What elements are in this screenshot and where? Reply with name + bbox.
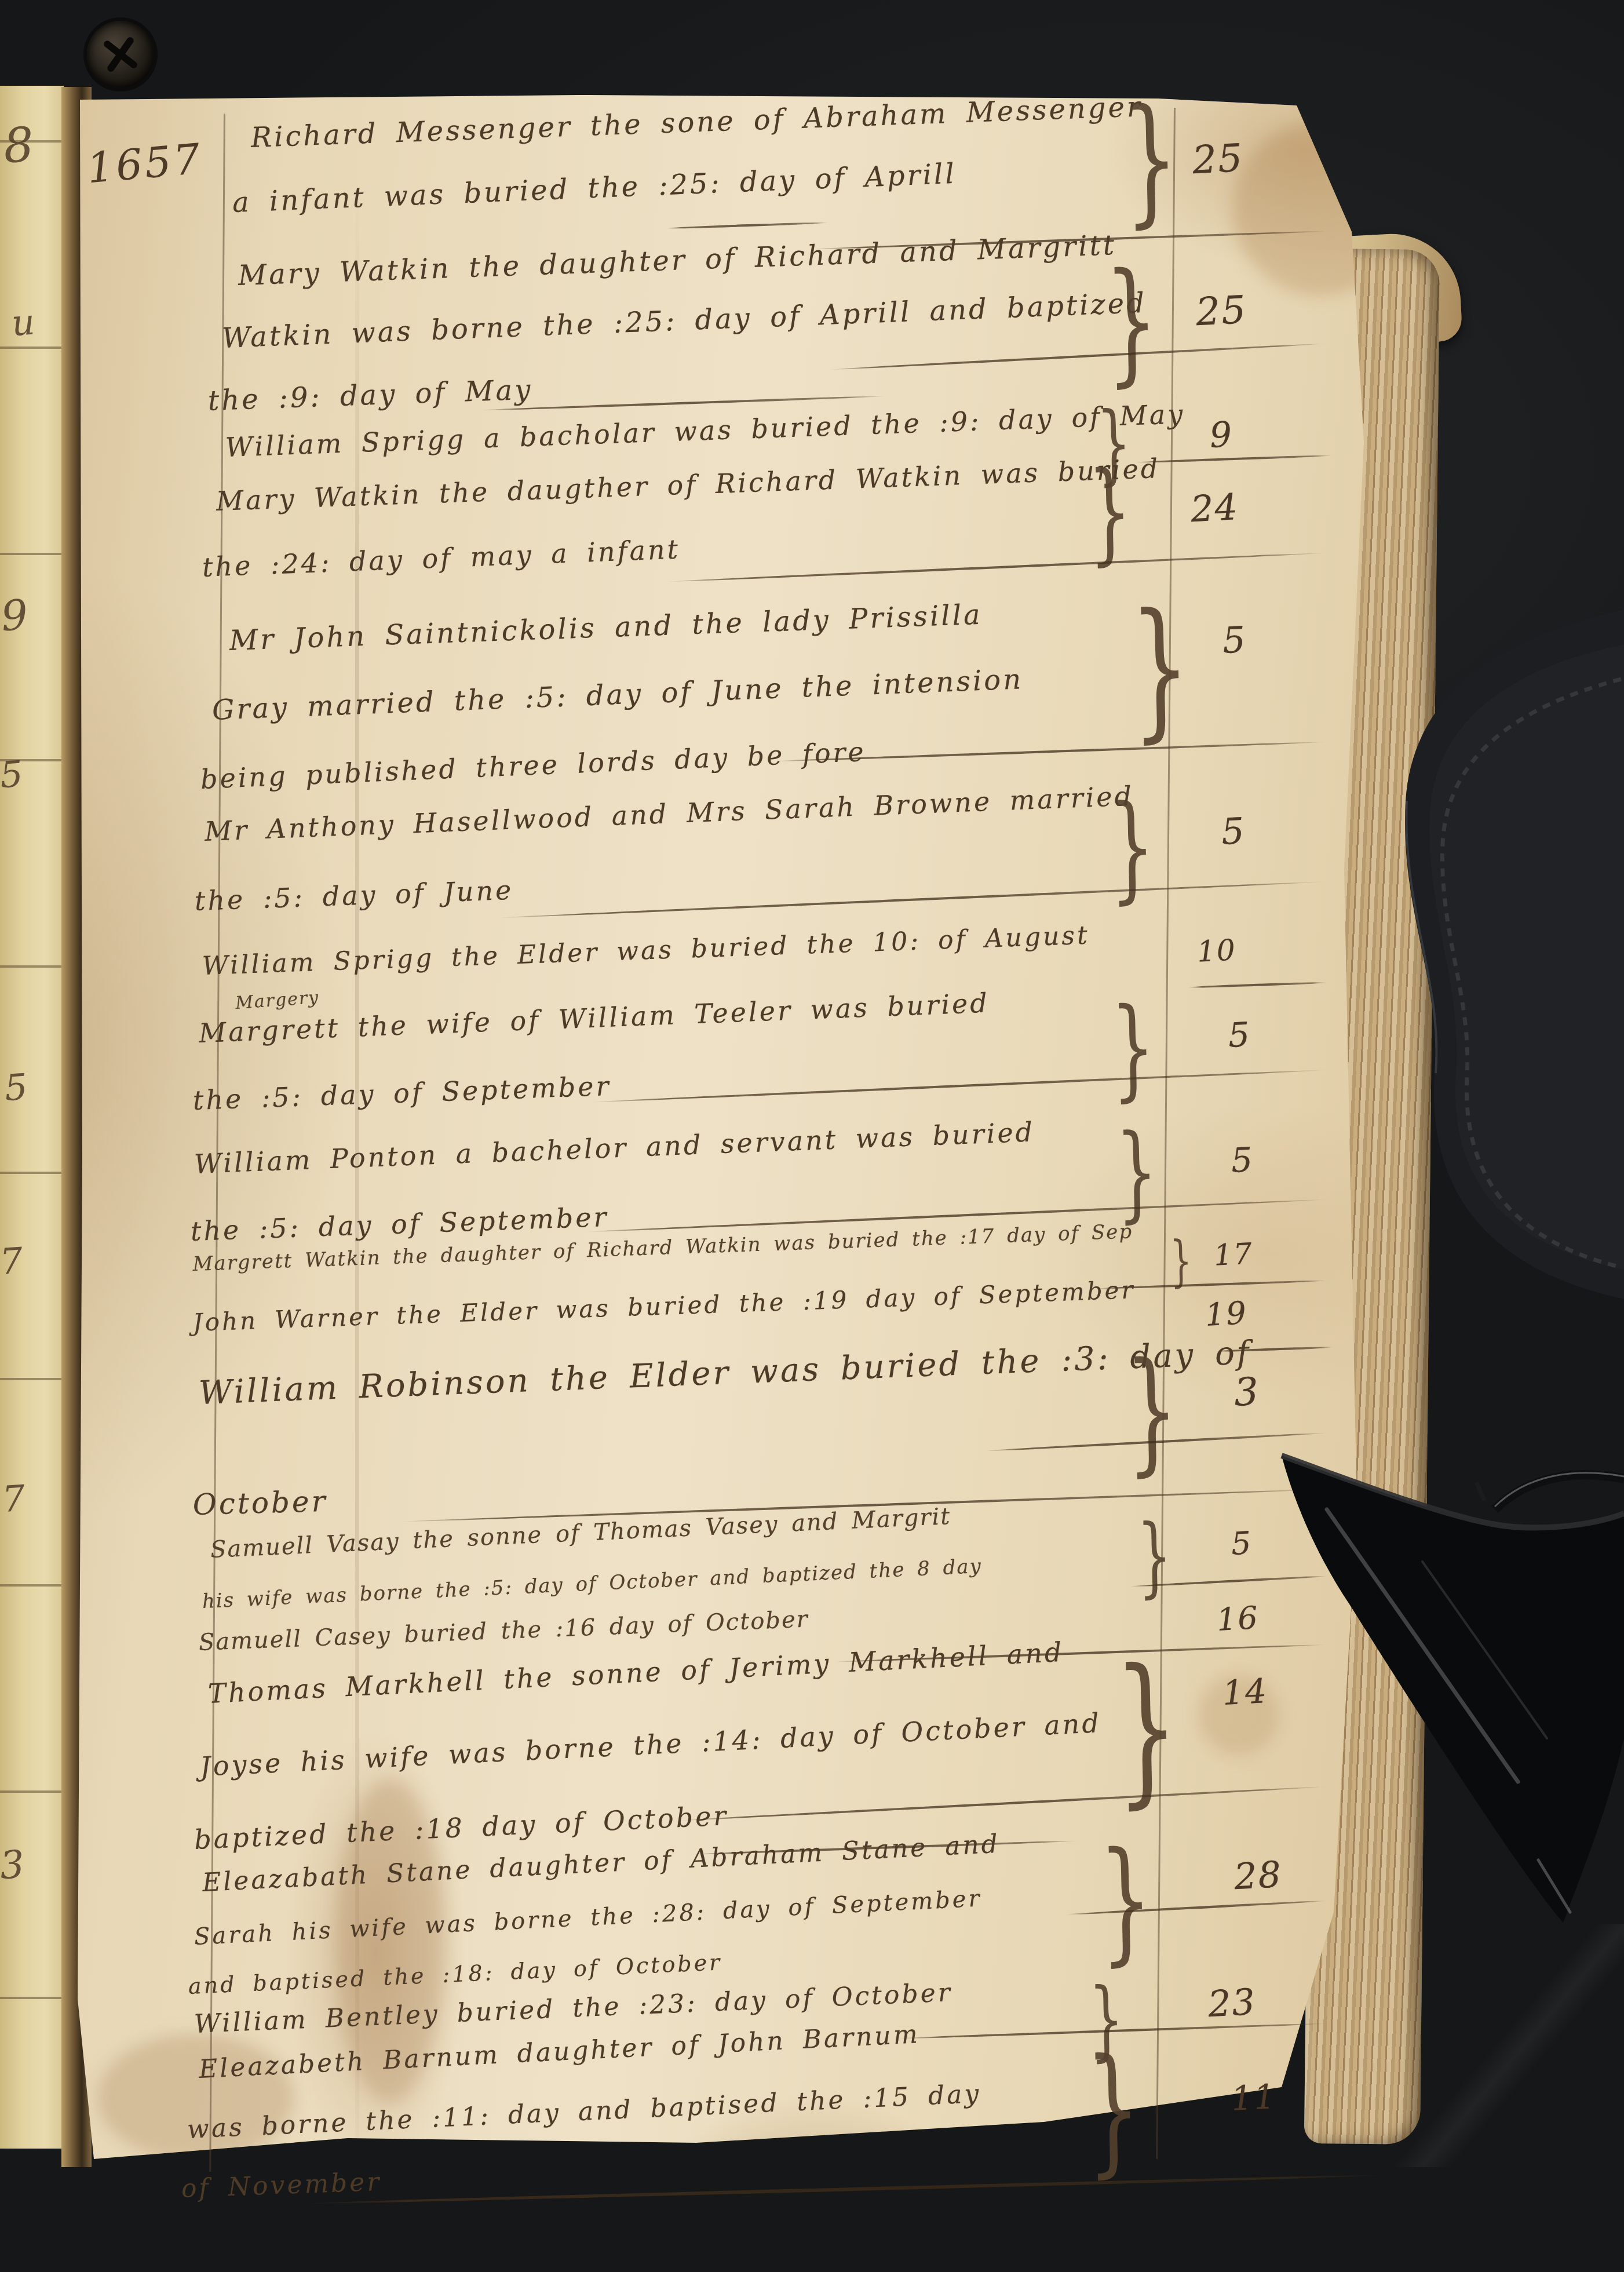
ink-brace: } [1125,1352,1180,1472]
photo-of-parish-register: 8 u 9 5 5 7 7 3 1657 Richard Messenger t… [0,0,1624,2272]
left-page-margin-number: 7 [0,1239,24,1283]
left-page-margin-number: u [10,301,37,345]
ink-brace: } [1087,462,1133,561]
day-number: 5 [1227,1015,1251,1055]
left-page-ruled-lines [0,86,64,2149]
binder-clip-shape [1246,1414,1624,1982]
left-page-margin-number: 5 [0,753,24,797]
day-number: 19 [1204,1294,1248,1333]
ink-brace: } [1108,796,1156,900]
ink-brace: } [1113,1655,1180,1801]
cradle-screw-head-icon [87,21,154,88]
day-number: 25 [1195,287,1248,334]
binder-clip [1246,1414,1624,1982]
day-number: 5 [1230,1140,1254,1180]
left-page-margin-number: 8 [2,117,36,174]
ink-brace: } [1099,1841,1154,1961]
register-line: of November [181,2167,382,2204]
day-number: 10 [1196,933,1238,968]
ink-brace: } [1170,1237,1192,1287]
left-page-margin-number: 9 [0,590,30,641]
ink-brace: } [1110,998,1156,1097]
day-number: 9 [1209,414,1234,456]
day-number: 5 [1221,618,1247,662]
ink-separator-line [301,2173,1391,2205]
left-page-margin-number: 7 [1,1477,27,1521]
day-number: 23 [1207,1981,1257,2025]
leather-book-weight-shape [1372,610,1624,1322]
day-number: 11 [1230,2077,1277,2118]
left-page-edge: 8 u 9 5 5 7 7 3 [0,86,64,2149]
day-number: 17 [1213,1237,1254,1272]
day-number: 5 [1220,809,1246,853]
ink-brace: } [1085,2047,1142,2172]
day-number: 24 [1189,486,1240,530]
ink-brace: } [1104,262,1159,382]
ink-brace: } [1129,601,1191,736]
left-page-margin-number: 5 [3,1066,29,1110]
register-line: October [192,1485,328,1522]
year-heading: 1657 [85,134,205,192]
day-number: 3 [1233,1369,1261,1415]
leather-book-weight [1372,610,1624,1322]
day-number: 25 [1191,136,1245,183]
left-page-margin-number: 3 [0,1842,26,1888]
ink-brace: } [1122,97,1180,222]
